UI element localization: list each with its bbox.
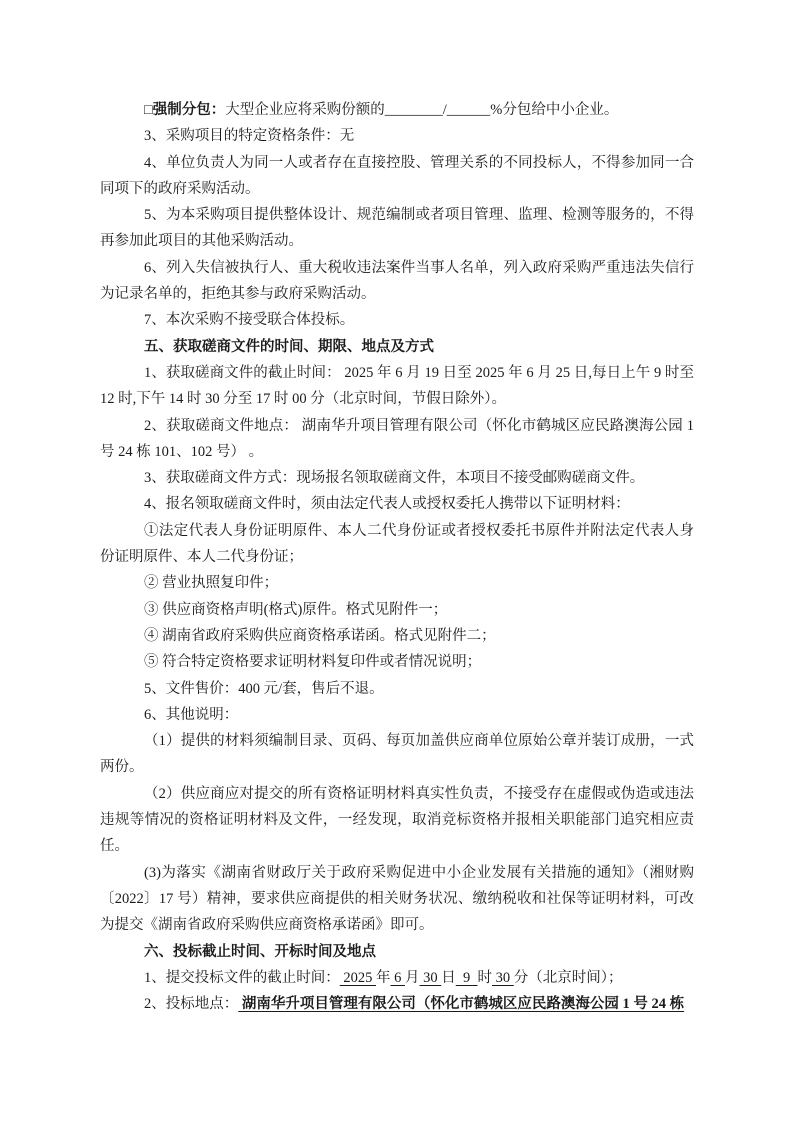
text-run: 7、本次采购不接受联合体投标。	[144, 312, 354, 328]
text-run: 6	[391, 970, 406, 986]
text-run: (3)为落实《湖南省财政厅关于政府采购促进中小企业发展有关措施的通知》（湘财购〔…	[100, 865, 694, 934]
s6-item-1-bid-deadline: 1、提交投标文件的截止时间： 2025 年 6 月 30 日 9 时 30 分（…	[100, 965, 694, 991]
text-run: 分	[514, 970, 529, 986]
text-run: ①法定代表人身份证明原件、本人二代身份证或者授权委托书原件并附法定代表人身份证明…	[100, 523, 694, 565]
text-run: 2、获取磋商文件地点： 湖南华升项目管理有限公司（怀化市鹤城区应民路澳海公园 1…	[100, 418, 698, 460]
s5-note-1: （1）提供的材料须编制目录、页码、每页加盖供应商单位原始公章并装订成册，一式两份…	[100, 728, 694, 781]
s5-item-3-method: 3、获取磋商文件方式：现场报名领取磋商文件，本项目不接受邮购磋商文件。	[100, 465, 694, 491]
text-run: （1）提供的材料须编制目录、页码、每页加盖供应商单位原始公章并装订成册，一式两份…	[100, 733, 694, 775]
s5-item-5-price: 5、文件售价：400 元/套，售后不退。	[100, 676, 694, 702]
clause-5-design-services: 5、为本采购项目提供整体设计、规范编制或者项目管理、监理、检测等服务的，不得再参…	[100, 202, 694, 255]
document-page: □强制分包：大型企业应将采购份额的________/______%分包给中小企业…	[0, 0, 793, 1122]
document-body: □强制分包：大型企业应将采购份额的________/______%分包给中小企业…	[100, 97, 694, 1017]
text-run: ________	[385, 102, 443, 118]
clause-4-same-person: 4、单位负责人为同一人或者存在直接控股、管理关系的不同投标人，不得参加同一合同项…	[100, 150, 694, 203]
text-run: 时	[478, 970, 493, 986]
text-run: 30	[492, 970, 514, 986]
s5-note-2: （2）供应商应对提交的所有资格证明材料真实性负责，不接受存在虚假或伪造或违法违规…	[100, 781, 694, 860]
s5-note-3: (3)为落实《湖南省财政厅关于政府采购促进中小企业发展有关措施的通知》（湘财购〔…	[100, 860, 694, 939]
forced-subcontract-clause: □强制分包：大型企业应将采购份额的________/______%分包给中小企业…	[100, 97, 694, 123]
text-run: 六、投标截止时间、开标时间及地点	[144, 944, 376, 960]
text-run: （北京时间）；	[528, 970, 622, 986]
s5-item-4-materials: 4、报名领取磋商文件时，须由法定代表人或授权委托人携带以下证明材料：	[100, 491, 694, 517]
text-run: 4、报名领取磋商文件时，须由法定代表人或授权委托人携带以下证明材料：	[144, 496, 630, 512]
text-run: 2025	[340, 970, 376, 986]
text-run: 9	[456, 970, 478, 986]
text-run: 日	[441, 970, 456, 986]
clause-7-no-consortium: 7、本次采购不接受联合体投标。	[100, 307, 694, 333]
text-run: ② 营业执照复印件；	[144, 575, 278, 591]
s5-item-1-deadline: 1、获取磋商文件的截止时间： 2025 年 6 月 19 日至 2025 年 6…	[100, 360, 694, 413]
text-run: 5、文件售价：400 元/套，售后不退。	[144, 681, 384, 697]
text-run: 3、获取磋商文件方式：现场报名领取磋商文件，本项目不接受邮购磋商文件。	[144, 470, 644, 486]
s5-material-3: ③ 供应商资格声明(格式)原件。格式见附件一；	[100, 597, 694, 623]
text-run: ______	[447, 102, 491, 118]
clause-3-specific-qualification: 3、采购项目的特定资格条件：无	[100, 123, 694, 149]
text-run: 6、列入失信被执行人、重大税收违法案件当事人名单，列入政府采购严重违法失信行为记…	[100, 260, 694, 302]
text-run: ④ 湖南省政府采购供应商资格承诺函。格式见附件二；	[144, 628, 496, 644]
text-run: 五、获取磋商文件的时间、期限、地点及方式	[144, 339, 434, 355]
text-run: %分包给中小企业。	[490, 102, 618, 118]
clause-6-dishonest-list: 6、列入失信被执行人、重大税收违法案件当事人名单，列入政府采购严重违法失信行为记…	[100, 255, 694, 308]
text-run: 1、提交投标文件的截止时间：	[144, 970, 340, 986]
s6-item-2-bid-location: 2、投标地点： 湖南华升项目管理有限公司（怀化市鹤城区应民路澳海公园 1 号 2…	[100, 991, 694, 1017]
checkbox-icon: □	[144, 102, 153, 118]
text-run: 6、其他说明：	[144, 707, 238, 723]
section-6-heading: 六、投标截止时间、开标时间及地点	[100, 939, 694, 965]
s5-material-1: ①法定代表人身份证明原件、本人二代身份证或者授权委托书原件并附法定代表人身份证明…	[100, 518, 694, 571]
text-run: 30	[420, 970, 442, 986]
s5-item-2-location: 2、获取磋商文件地点： 湖南华升项目管理有限公司（怀化市鹤城区应民路澳海公园 1…	[100, 413, 694, 466]
s5-item-6-other: 6、其他说明：	[100, 702, 694, 728]
text-run: 月	[405, 970, 420, 986]
text-run: （2）供应商应对提交的所有资格证明材料真实性负责，不接受存在虚假或伪造或违法违规…	[100, 786, 694, 855]
text-run: 5、为本采购项目提供整体设计、规范编制或者项目管理、监理、检测等服务的，不得再参…	[100, 207, 694, 249]
text-run: ⑤ 符合特定资格要求证明材料复印件或者情况说明；	[144, 654, 481, 670]
s5-material-5: ⑤ 符合特定资格要求证明材料复印件或者情况说明；	[100, 649, 694, 675]
s5-material-4: ④ 湖南省政府采购供应商资格承诺函。格式见附件二；	[100, 623, 694, 649]
s5-material-2: ② 营业执照复印件；	[100, 570, 694, 596]
text-run: 2、投标地点：	[144, 996, 238, 1012]
text-run: 强制分包：	[153, 102, 226, 118]
text-run: 3、采购项目的特定资格条件：无	[144, 128, 354, 144]
text-run: 年	[376, 970, 391, 986]
text-run: 大型企业应将采购份额的	[225, 102, 385, 118]
text-run: 4、单位负责人为同一人或者存在直接控股、管理关系的不同投标人，不得参加同一合同项…	[100, 155, 694, 197]
text-run: ③ 供应商资格声明(格式)原件。格式见附件一；	[144, 602, 447, 618]
text-run: 1、获取磋商文件的截止时间： 2025 年 6 月 19 日至 2025 年 6…	[100, 365, 698, 407]
text-run: 湖南华升项目管理有限公司（怀化市鹤城区应民路澳海公园 1 号 24 栋	[238, 996, 684, 1012]
section-5-heading: 五、获取磋商文件的时间、期限、地点及方式	[100, 334, 694, 360]
